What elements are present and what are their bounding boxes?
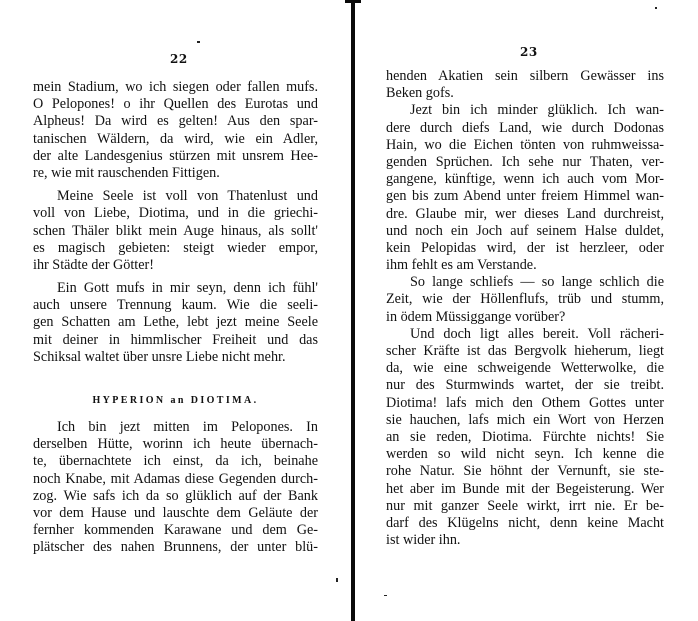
text-line: mit deiner in himmlischer Freiheit und d…: [33, 332, 318, 349]
text-line: ihr Städte der Götter!: [33, 257, 318, 274]
scan-speck: [336, 578, 338, 582]
text-line: schen Thäler blikt mein Auge hinaus, als…: [33, 223, 318, 240]
text-line: sie hauchen, lafs mich ein Wort von Herz…: [386, 412, 664, 429]
text-line: tanischen Wäldern, da wird, wie ein Adle…: [33, 131, 318, 148]
text-line: gen bis zum Abend unter freiem Himmel wa…: [386, 188, 664, 205]
text-line: fernher kommenden Karawane und dem Ge-: [33, 522, 318, 539]
text-line: zog. Wie safs ich da so glüklich auf der…: [33, 488, 318, 505]
left-page-text: mein Stadium, wo ich siegen oder fallen …: [33, 79, 318, 557]
text-line: Schiksal waltet über unsre Liebe nicht m…: [33, 349, 318, 366]
paragraph: So lange schliefs — so lange schlich die…: [386, 274, 664, 326]
paragraph: Ein Gott mufs in mir seyn, denn ich fühl…: [33, 280, 318, 366]
book-spread: 22 mein Stadium, wo ich siegen oder fall…: [0, 0, 698, 621]
scan-speck: [655, 7, 657, 9]
text-line: Jezt bin ich minder glüklich. Ich wan-: [386, 102, 664, 119]
text-line: Zeit, wie der Höllenflufs, trüb und stum…: [386, 291, 664, 308]
letter-heading: HYPERION an DIOTIMA.: [33, 392, 318, 409]
text-line: auch unsere Trennung kaum. Wie die seeli…: [33, 297, 318, 314]
text-line: Und doch ligt alles bereit. Voll rächeri…: [386, 326, 664, 343]
page-number: 23: [520, 45, 538, 59]
text-line: noch Knabe, mit Adamas diese Gegenden du…: [33, 471, 318, 488]
text-line: het aber im Bunde mit der Begeisterung. …: [386, 481, 664, 498]
paragraph: Jezt bin ich minder glüklich. Ich wan- d…: [386, 102, 664, 274]
text-line: Ich bin jezt mitten im Pelopones. In: [33, 419, 318, 436]
text-line: rohe Natur. Sie höhnt der Vernunft, sie …: [386, 463, 664, 480]
text-line: O Pelopones! o ihr Quellen des Eurotas u…: [33, 96, 318, 113]
text-line: Ein Gott mufs in mir seyn, denn ich fühl…: [33, 280, 318, 297]
text-line: plätscher des nahen Brunnens, der unter …: [33, 539, 318, 556]
text-line: und noch ein Joch auf seinem Halse dulde…: [386, 223, 664, 240]
text-line: vor dem Hause und lauschte dem Geläute d…: [33, 505, 318, 522]
text-line: ihm fehlt es am Verstande.: [386, 257, 664, 274]
paragraph: mein Stadium, wo ich siegen oder fallen …: [33, 79, 318, 182]
text-line: voll von Liebe, Diotima, und in die grie…: [33, 205, 318, 222]
text-line: da, wie eine schweigende Wetterwolke, di…: [386, 360, 664, 377]
text-line: an sie reden, Diotima. Fürchte nichts! S…: [386, 429, 664, 446]
right-page-text: henden Akatien sein silbern Gewässer ins…: [386, 68, 664, 549]
text-line: dre. Glaube mir, wer dieses Land durchre…: [386, 206, 664, 223]
text-line: ist wider ihn.: [386, 532, 664, 549]
text-line: dere durch diefs Land, wie durch Dodonas: [386, 120, 664, 137]
text-line: der alte Landesgenius stürzen mit unsrem…: [33, 148, 318, 165]
text-line: Alpheus! Da wird es gelten! Aus den spar…: [33, 113, 318, 130]
text-line: gangene, künftige, wenn ich auch vom Mor…: [386, 171, 664, 188]
text-line: mein Stadium, wo ich siegen oder fallen …: [33, 79, 318, 96]
paragraph: Und doch ligt alles bereit. Voll rächeri…: [386, 326, 664, 549]
text-line: es magisch gebieten: steigt wieder empor…: [33, 240, 318, 257]
scan-speck: [384, 595, 387, 596]
text-line: gen Schatten am Lethe, lebt jezt meine S…: [33, 314, 318, 331]
text-line: Meine Seele ist voll von Thatenlust und: [33, 188, 318, 205]
text-line: re, wie mit rauschenden Fittigen.: [33, 165, 318, 182]
paragraph: Meine Seele ist voll von Thatenlust und …: [33, 188, 318, 274]
text-line: derselben Hütte, worinn ich heute überna…: [33, 436, 318, 453]
book-gutter: [351, 0, 355, 621]
paragraph: henden Akatien sein silbern Gewässer ins…: [386, 68, 664, 102]
text-line: Beken gofs.: [386, 85, 664, 102]
text-line: kein Pelopidas wird, der ist herzleer, o…: [386, 240, 664, 257]
text-line: genden Sprüchen. Ich sehe nur Thaten, ve…: [386, 154, 664, 171]
scan-speck: [197, 41, 200, 43]
text-line: werden so wild nicht seyn. Ich kenne die: [386, 446, 664, 463]
text-line: scher Kräfte ist das Bergvolk hieherum, …: [386, 343, 664, 360]
text-line: nur mit ganzer Seele wirkt, irrt nie. Er…: [386, 498, 664, 515]
text-line: darf des Klügelns nicht, denn keine Mach…: [386, 515, 664, 532]
page-number: 22: [170, 52, 188, 66]
text-line: Hain, wo die Eichen tönten von ruhmweiss…: [386, 137, 664, 154]
text-line: in ödem Müssiggange vorüber?: [386, 309, 664, 326]
text-line: Diotima! lafs mich den Othem Gottes unte…: [386, 395, 664, 412]
text-line: nur des Sturmwinds wartet, der sie treib…: [386, 377, 664, 394]
text-line: So lange schliefs — so lange schlich die: [386, 274, 664, 291]
text-line: henden Akatien sein silbern Gewässer ins: [386, 68, 664, 85]
text-line: te, übernachtete ich einst, da ich, bein…: [33, 453, 318, 470]
paragraph: Ich bin jezt mitten im Pelopones. In der…: [33, 419, 318, 557]
